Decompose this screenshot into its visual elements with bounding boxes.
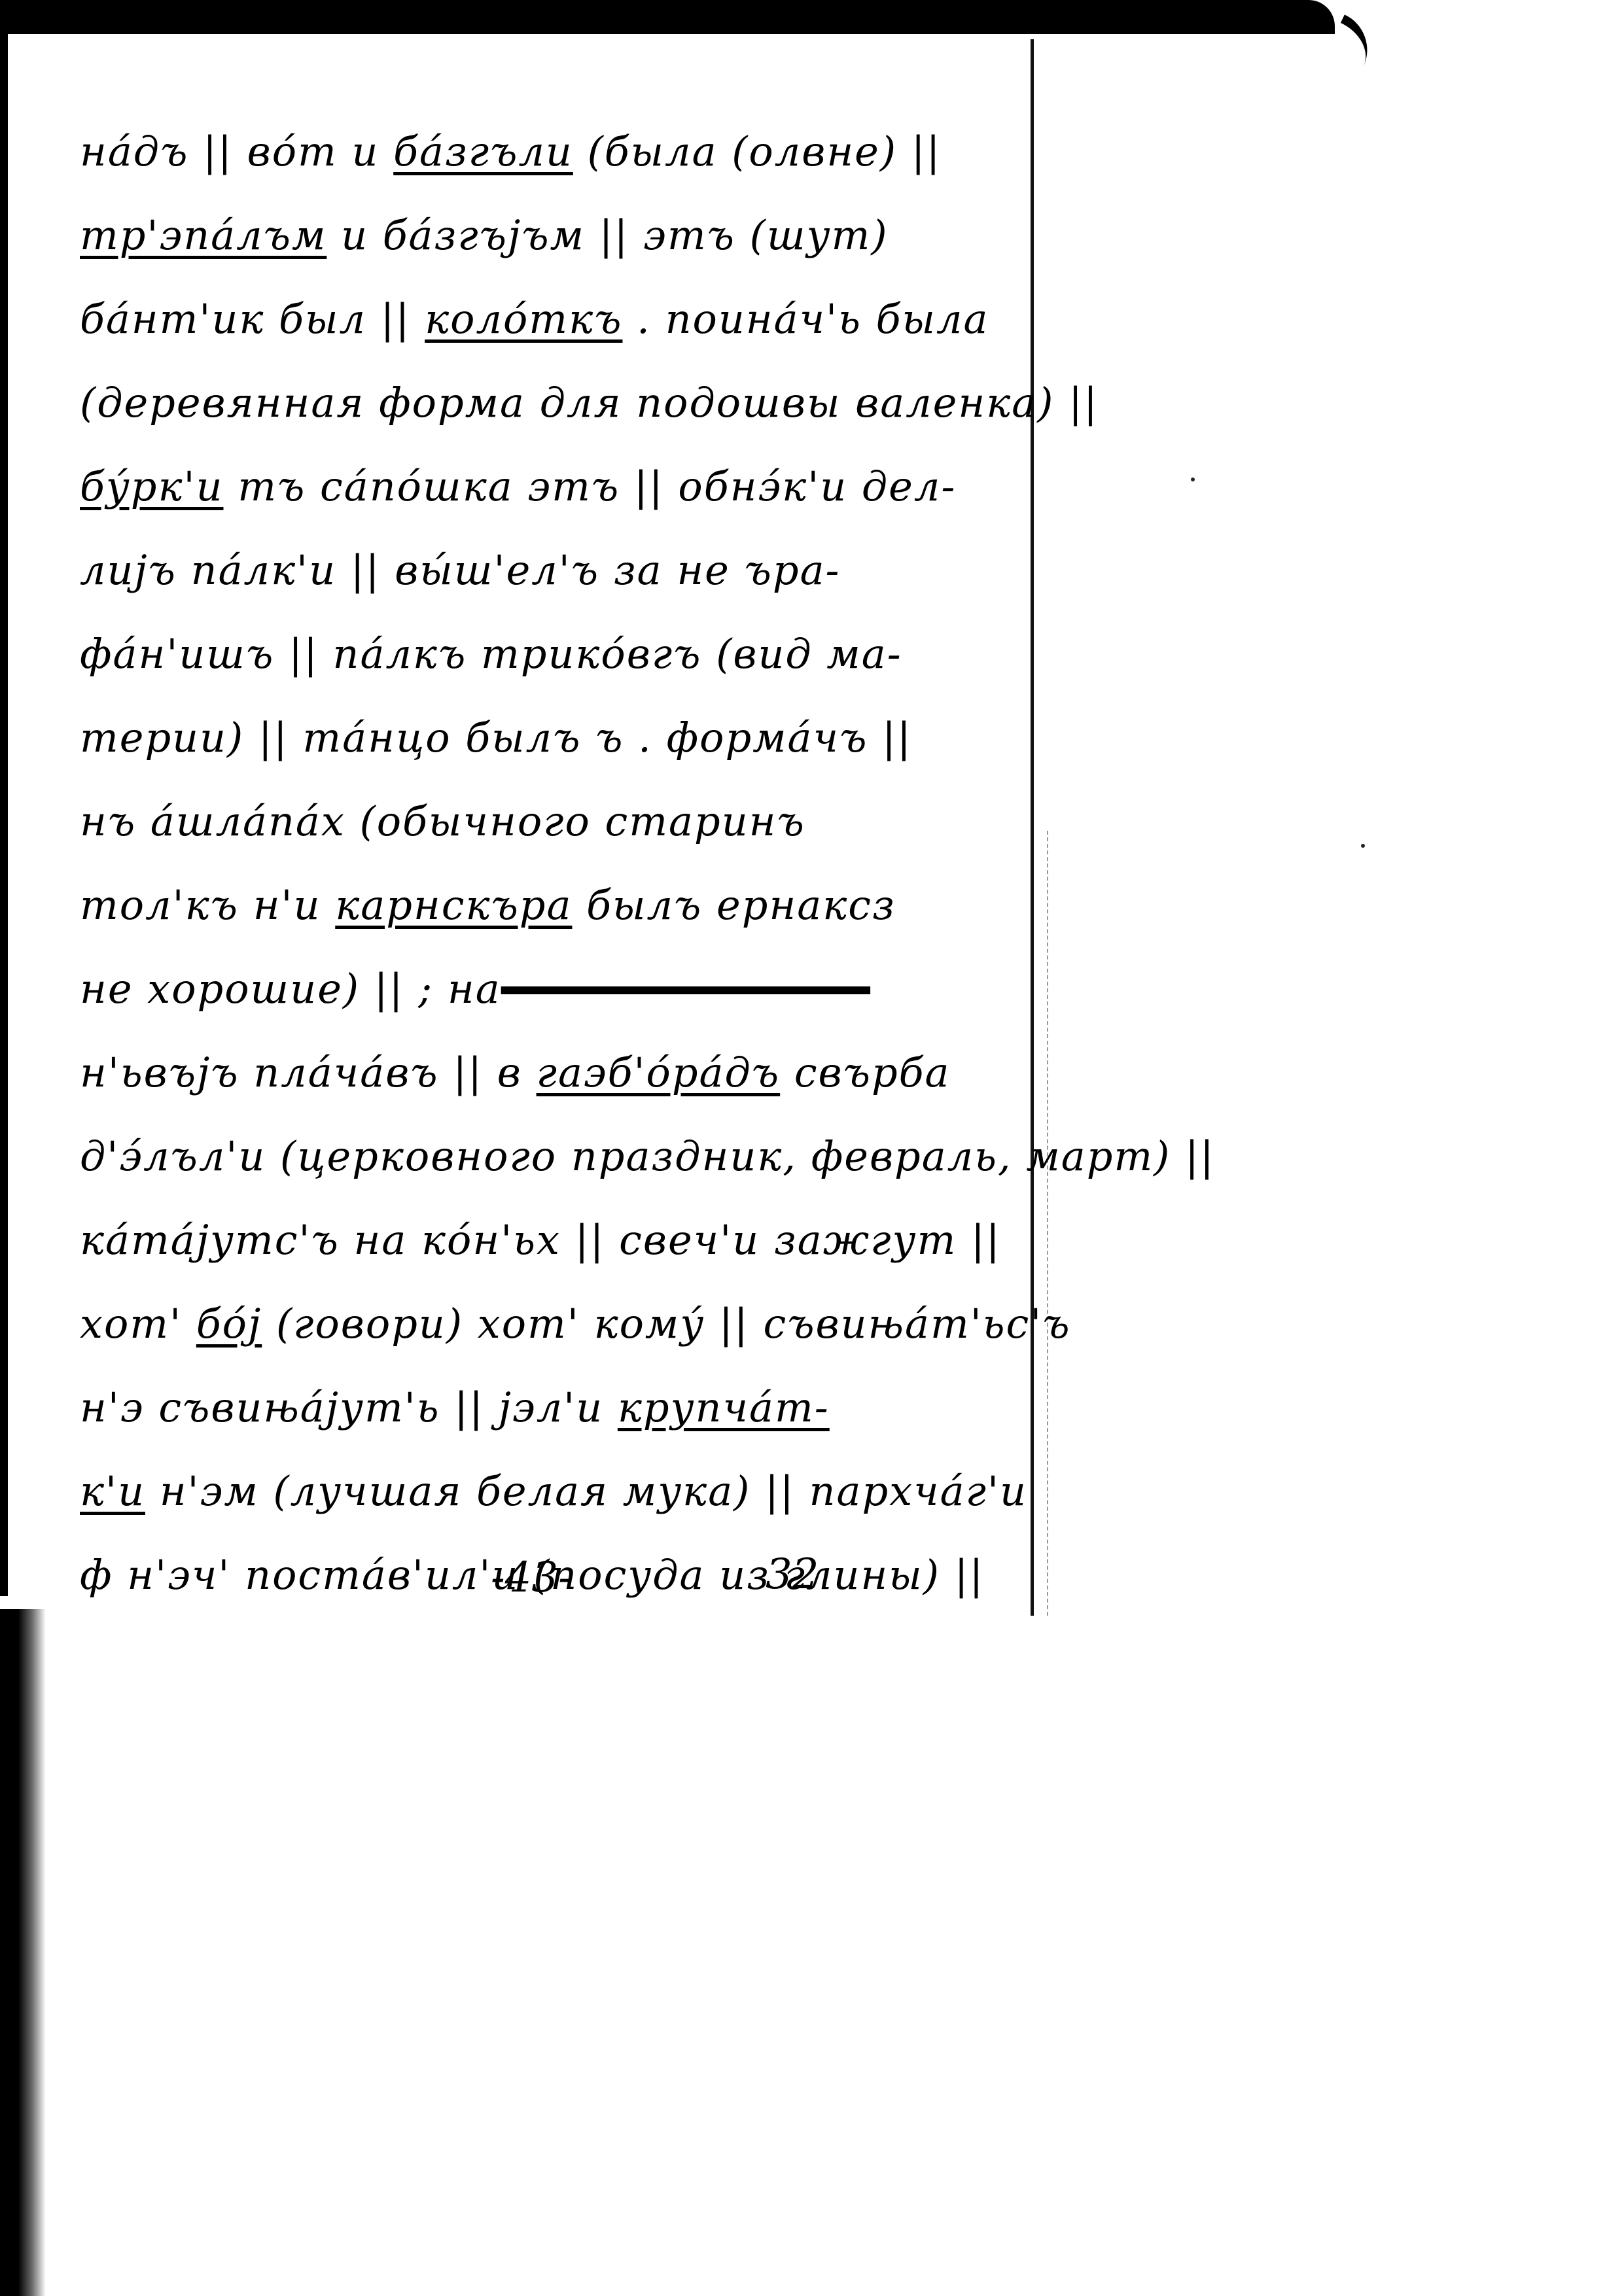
text-line-7: фа́н'ишъ || па́лкъ трико́вгъ (вид ма- — [80, 628, 902, 680]
text-line-8: терии) || та́нцо былъ ъ . форма́чъ || — [80, 712, 912, 764]
text-line-3: ба́нт'ик был || коло́ткъ . поина́ч'ь был… — [80, 293, 989, 345]
scan-top-edge — [0, 0, 1335, 34]
text-line-10: тол'къ н'и карнскъра былъ ернаксз — [80, 879, 896, 931]
text-line-9: нъ а́шла́па́х (обычного старинъ — [80, 795, 805, 848]
scan-speck — [1191, 478, 1195, 481]
text-line-14: ка́та́јутс'ъ на ко́н'ьх || свеч'и зажгут… — [80, 1214, 1001, 1266]
text-line-15: хот' бо́ј (говори) хот' кому́ || съвиња́… — [80, 1298, 1071, 1350]
struck-out-text — [501, 965, 870, 1013]
text-line-1: на́дъ || во́т и ба́згъли (была (олвне) |… — [80, 126, 942, 178]
page-number-left: -43- — [491, 1554, 573, 1602]
scan-speck — [1361, 844, 1365, 848]
text-line-2: тр'эпа́лъм и ба́згъјъм || этъ (шут) — [80, 209, 889, 262]
page-margin-rule-faint — [1047, 831, 1050, 1616]
text-line-13: д'э́лъл'и (церковного праздник, февраль,… — [80, 1130, 1215, 1183]
text-line-4: (деревянная форма для подошвы валенка) |… — [80, 377, 1099, 429]
text-line-16: н'э съвиња́јут'ь || јэл'и крупча́т- — [80, 1382, 830, 1434]
text-line-17: к'и н'эм (лучшая белая мука) || пархча́г… — [80, 1465, 1027, 1518]
scan-binding-shadow — [0, 1609, 46, 2296]
scan-left-edge — [0, 26, 8, 1596]
page-number-right: 32 — [766, 1550, 819, 1599]
text-line-5: бу́рк'и тъ са́по́шка этъ || обнэ́к'и дел… — [80, 461, 956, 513]
text-line-6: лијъ па́лк'и || вы́ш'ел'ъ за не ъра- — [80, 544, 840, 597]
text-line-12: н'ьвъјъ пла́ча́въ || в гаэб'о́ра́дъ свър… — [80, 1047, 950, 1099]
manuscript-page: на́дъ || во́т и ба́згъли (была (олвне) |… — [14, 34, 1042, 1624]
text-line-11: не хорошие) || ; на — [80, 963, 870, 1015]
